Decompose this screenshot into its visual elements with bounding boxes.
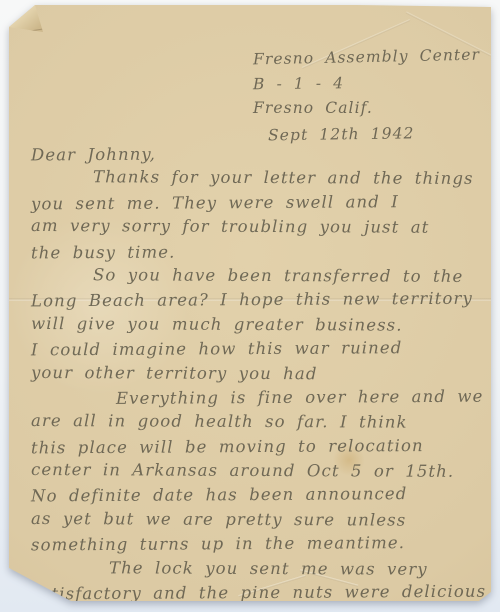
handwriting-line: So you have been transferred to the <box>31 263 493 289</box>
handwriting-line: center in Arkansas around Oct 5 or 15th. <box>31 458 493 484</box>
handwriting-line: this place will be moving to relocation <box>31 433 493 460</box>
scanned-letter-page: { "letter": { "header_lines": [ "Fresno … <box>0 0 500 612</box>
handwriting-line: will give you much greater business. <box>31 312 493 338</box>
handwriting-line: Everything is fine over here and we <box>31 384 493 411</box>
handwriting-line: something turns up in the meantime. <box>31 531 493 558</box>
handwriting-line: Long Beach area? I hope this new territo… <box>31 287 493 314</box>
barrack-address-line: B - 1 - 4 <box>253 69 480 97</box>
letter-header: Fresno Assembly Center B - 1 - 4 Fresno … <box>253 45 480 147</box>
handwriting-line: I could imagine how this war ruined <box>31 336 493 363</box>
folded-corner <box>9 5 43 32</box>
letter-body: Dear Johnny, Thanks for your letter and … <box>31 142 493 605</box>
handwriting-line: as yet but we are pretty sure unless <box>31 507 493 533</box>
handwriting-line: you sent me. They were swell and I <box>31 189 493 216</box>
handwriting-line: are all in good health so far. I think <box>31 409 493 435</box>
return-address-line: Fresno Assembly Center <box>253 43 481 73</box>
handwriting-line: am very sorry for troubling you just at <box>31 214 493 240</box>
handwriting-line: your other territory you had <box>31 361 493 387</box>
salutation: Dear Johnny, <box>31 141 493 168</box>
handwriting-line: No definite date has been announced <box>31 482 493 509</box>
handwriting-line: the busy time. <box>31 238 493 265</box>
city-line: Fresno Calif. <box>253 96 480 122</box>
handwriting-line: Thanks for your letter and the things <box>31 165 493 191</box>
letter-scan: Fresno Assembly Center B - 1 - 4 Fresno … <box>0 0 500 612</box>
letter-paper: Fresno Assembly Center B - 1 - 4 Fresno … <box>9 5 491 601</box>
handwriting-line: satisfactory and the pine nuts were deli… <box>31 580 493 607</box>
handwriting-line: The lock you sent me was very <box>31 556 493 582</box>
